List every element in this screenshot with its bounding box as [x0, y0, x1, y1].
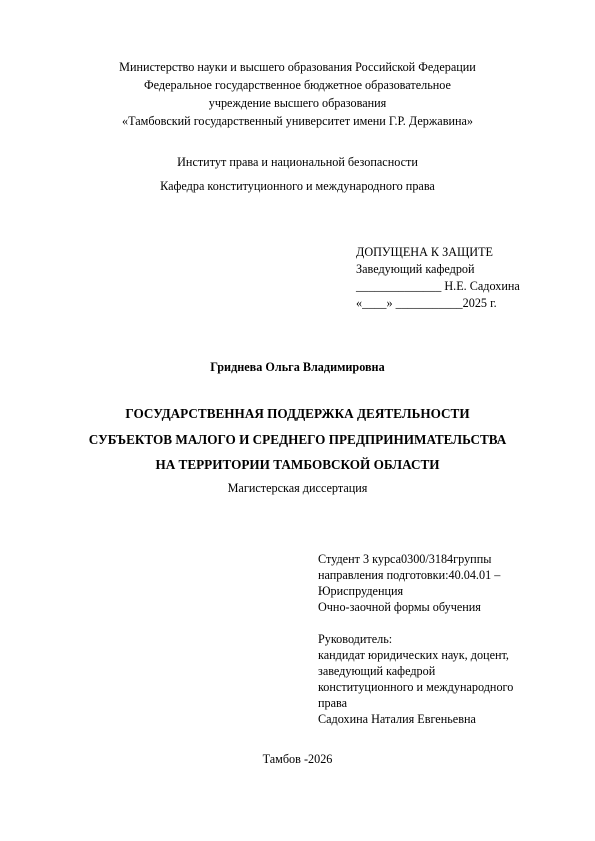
approval-head-title: Заведующий кафедрой: [356, 263, 475, 275]
thesis-title-line: СУБЪЕКТОВ МАЛОГО И СРЕДНЕГО ПРЕДПРИНИМАТ…: [0, 433, 595, 446]
thesis-title-line: ГОСУДАРСТВЕННАЯ ПОДДЕРЖКА ДЕЯТЕЛЬНОСТИ: [0, 407, 595, 420]
supervisor-label: Руководитель:: [318, 633, 392, 645]
city-year: Тамбов -2026: [0, 753, 595, 765]
department-name: Кафедра конституционного и международног…: [0, 180, 595, 192]
supervisor-name: Садохина Наталия Евгеньевна: [318, 713, 476, 725]
institute-name: Институт права и национальной безопаснос…: [0, 156, 595, 168]
supervisor-position: заведующий кафедрой: [318, 665, 435, 677]
university-type-line: Федеральное государственное бюджетное об…: [0, 79, 595, 91]
student-specialty: Юриспруденция: [318, 585, 403, 597]
university-type-line-2: учреждение высшего образования: [0, 97, 595, 109]
university-name: «Тамбовский государственный университет …: [0, 115, 595, 127]
ministry-line: Министерство науки и высшего образования…: [0, 61, 595, 73]
supervisor-department: конституционного и международного: [318, 681, 513, 693]
student-course: Студент 3 курса0300/3184группы: [318, 553, 491, 565]
student-direction: направления подготовки:40.04.01 –: [318, 569, 500, 581]
approval-date: «____» ___________2025 г.: [356, 297, 497, 309]
student-study-form: Очно-заочной формы обучения: [318, 601, 481, 613]
approval-heading: ДОПУЩЕНА К ЗАЩИТЕ: [356, 246, 493, 258]
author-name: Гриднева Ольга Владимировна: [0, 361, 595, 373]
supervisor-department-2: права: [318, 697, 347, 709]
thesis-type: Магистерская диссертация: [0, 482, 595, 494]
thesis-title-line: НА ТЕРРИТОРИИ ТАМБОВСКОЙ ОБЛАСТИ: [0, 458, 595, 471]
supervisor-degree: кандидат юридических наук, доцент,: [318, 649, 509, 661]
approval-signature: ______________ Н.Е. Садохина: [356, 280, 520, 292]
